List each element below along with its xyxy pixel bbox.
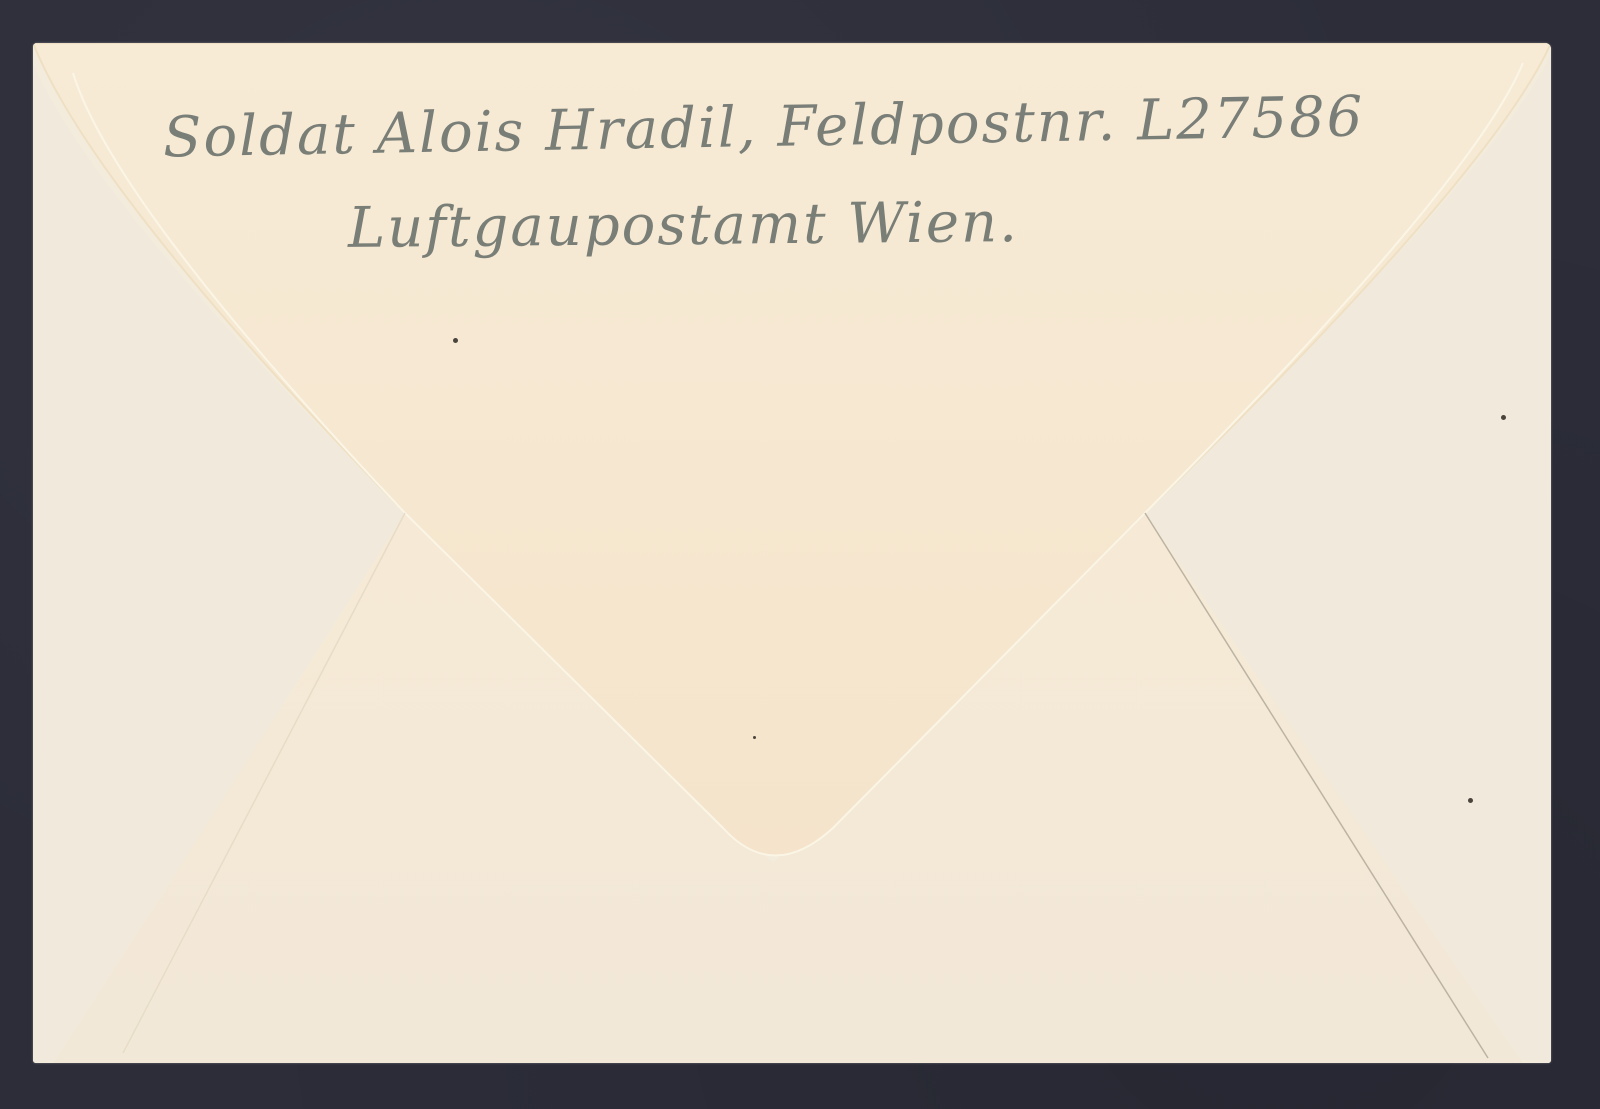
paper-speck (1501, 415, 1506, 420)
sender-address-line-2: Luftgaupostamt Wien. (348, 190, 1019, 261)
paper-speck (453, 338, 458, 343)
paper-speck (753, 736, 756, 739)
envelope-back: Soldat Alois Hradil, Feldpostnr. L27586 … (33, 43, 1551, 1063)
photo-stage: Soldat Alois Hradil, Feldpostnr. L27586 … (0, 0, 1600, 1109)
paper-speck (1468, 798, 1473, 803)
